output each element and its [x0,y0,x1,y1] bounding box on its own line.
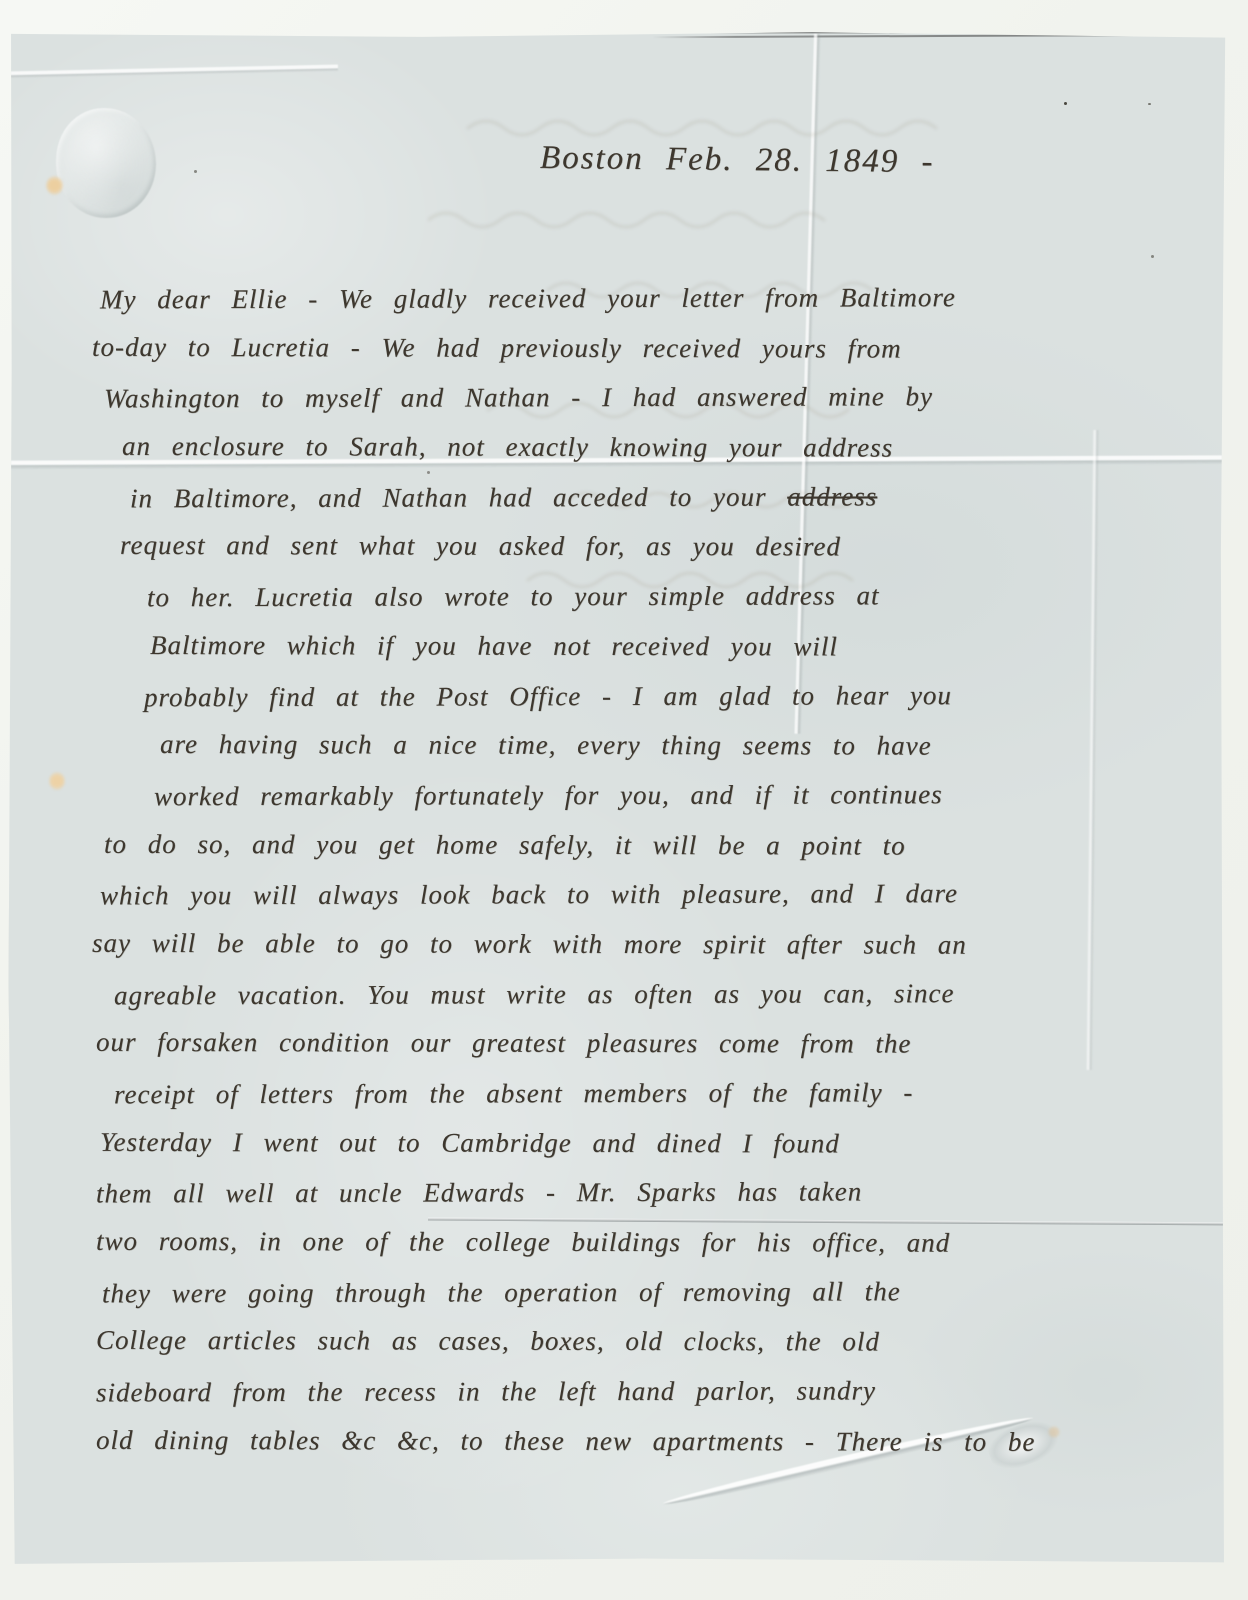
handwritten-line: old dining tables &c &c, to these new ap… [92,1416,1182,1468]
handwritten-line: them all well at uncle Edwards - Mr. Spa… [92,1167,1182,1220]
paper-top-edge-shadow [8,29,1227,34]
foxing-spot [49,772,65,790]
handwritten-line: in Baltimore, and Nathan had acceded to … [92,471,1182,524]
letter-body: My dear Ellie - We gladly received your … [92,274,1182,1467]
handwritten-line: request and sent what you asked for, as … [92,521,1182,573]
handwritten-line: are having such a nice time, every thing… [92,720,1182,772]
handwritten-line: two rooms, in one of the college buildin… [92,1217,1182,1269]
struck-out-word: address [787,481,877,511]
letter-dateline: Boston Feb. 28. 1849 - [540,140,935,181]
handwritten-line: to her. Lucretia also wrote to your simp… [92,571,1182,624]
handwritten-line: an enclosure to Sarah, not exactly knowi… [92,422,1182,474]
handwritten-line: our forsaken condition our greatest plea… [92,1018,1182,1070]
handwritten-line: to do so, and you get home safely, it wi… [92,819,1182,871]
handwritten-line: agreable vacation. You must write as oft… [92,968,1182,1021]
embossed-seal-impression [56,108,156,218]
handwritten-line: College articles such as cases, boxes, o… [92,1316,1182,1368]
fold-crease-top-left [8,65,338,79]
foxing-spot [46,176,63,195]
handwritten-line: Yesterday I went out to Cambridge and di… [92,1118,1182,1170]
handwritten-line: say will be able to go to work with more… [92,919,1182,971]
handwritten-line: worked remarkably fortunately for you, a… [92,769,1182,822]
letter-sheet: Boston Feb. 28. 1849 - My dear Ellie - W… [8,30,1227,1567]
scanned-letter-image: Boston Feb. 28. 1849 - My dear Ellie - W… [0,0,1248,1600]
handwritten-line: My dear Ellie - We gladly received your … [92,273,1182,326]
handwritten-line: to-day to Lucretia - We had previously r… [92,323,1182,375]
ink-speck [194,170,197,173]
second-sheet-edge [652,34,1213,38]
handwritten-line: probably find at the Post Office - I am … [92,670,1182,723]
handwritten-line: which you will always look back to with … [92,869,1182,922]
handwritten-line: Washington to myself and Nathan - I had … [92,372,1182,425]
handwritten-line: Baltimore which if you have not received… [92,621,1182,673]
handwritten-line: they were going through the operation of… [92,1266,1182,1319]
handwritten-line: receipt of letters from the absent membe… [92,1068,1182,1121]
handwritten-line: sideboard from the recess in the left ha… [92,1366,1182,1419]
